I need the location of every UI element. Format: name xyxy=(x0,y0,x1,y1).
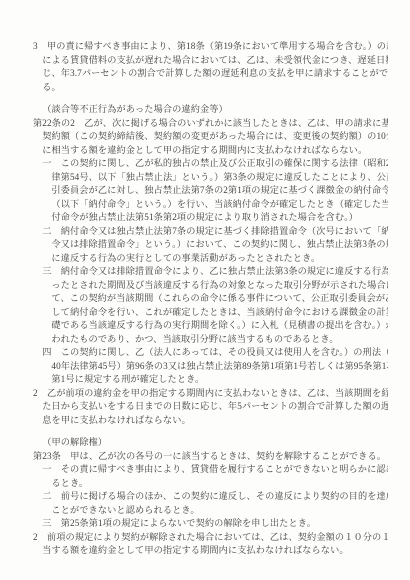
text-line: 息を甲に支払わなければならない。 xyxy=(33,414,388,428)
text-line: る。 xyxy=(33,81,388,95)
text-line: （以下「納付命令」という。）を行い、当該納付命令が確定したとき（確定した当該納 xyxy=(33,198,388,212)
text-line: 三 納付命令又は排除措置命令により、乙に独占禁止法第3条の規定に違反する行為があ xyxy=(33,265,388,279)
text-line: た日から支払いをする日までの日数に応じ、年5パーセントの割合で計算した額の遅延利 xyxy=(33,400,388,414)
text-line: 契約額（この契約締結後、契約額の変更があった場合には、変更後の契約額）の10分の… xyxy=(33,130,388,144)
text-line: して納付命令を行い、これが確定したときは、当該納付命令における課徴金の計算の基 xyxy=(33,306,388,320)
text-line: 一 この契約に関し、乙が私的独占の禁止及び公正取引の確保に関する法律（昭和22年… xyxy=(33,157,388,171)
text-line: ことができないと認められるとき。 xyxy=(33,504,388,518)
text-line: 3 甲の責に帰すべき事由により、第18条（第19条において準用する場合を含む。）… xyxy=(33,40,388,54)
section-heading: （談合等不正行為があった場合の違約金等） xyxy=(33,103,388,117)
document-body: 3 甲の責に帰すべき事由により、第18条（第19条において準用する場合を含む。）… xyxy=(33,40,388,558)
section-heading: （甲の解除権） xyxy=(33,436,388,450)
text-line: による賃貸借料の支払が遅れた場合においては、乙は、未受領代金につき、遅延日数に応 xyxy=(33,54,388,68)
text-line: われたものであり、かつ、当該取引分野に該当するものであるとき。 xyxy=(33,333,388,347)
text-line: ったとされた期間及び当該違反する行為の対象となった取引分野が示された場合におい xyxy=(33,279,388,293)
text-line: 第23条 甲は、乙が次の各号の一に該当するときは、契約を解除することができる。 xyxy=(33,450,388,464)
text-line: に違反する行為の実行としての事業活動があったとされたとき。 xyxy=(33,252,388,266)
text-line: 令又は排除措置命令」という。）において、この契約に関し、独占禁止法第3条の規定 xyxy=(33,238,388,252)
text-line: 引委員会が乙に対し、独占禁止法第7条の2第1項の規定に基づく課徴金の納付命令 xyxy=(33,184,388,198)
text-line: 四 この契約に関し、乙（法人にあっては、その役員又は使用人を含む。）の刑法（明治 xyxy=(33,346,388,360)
text-line: るとき。 xyxy=(33,477,388,491)
text-line: 一 その責に帰すべき事由により、賃貸借を履行することができないと明らかに認められ xyxy=(33,463,388,477)
document-page: 3 甲の責に帰すべき事由により、第18条（第19条において準用する場合を含む。）… xyxy=(0,0,410,580)
text-line: 当する額を違約金として甲の指定する期間内に支払わなければならない。 xyxy=(33,544,388,558)
text-line: 第22条の2 乙が、次に掲げる場合のいずれかに該当したときは、乙は、甲の請求に基… xyxy=(33,117,388,131)
text-line: 礎である当該違反する行為の実行期間を除く。）に入札（見積書の提出を含む。）が行 xyxy=(33,319,388,333)
text-line: 第1号に規定する刑が確定したとき。 xyxy=(33,373,388,387)
text-line: 40年法律第45号）第96条の3又は独占禁止法第89条第1項第1号若しくは第95… xyxy=(33,360,388,374)
text-line: て、この契約が当該期間（これらの命令に係る事件について、公正取引委員会が乙に対 xyxy=(33,292,388,306)
text-line: 律第54号、以下「独占禁止法」という。）第3条の規定に違反したことにより、公正取 xyxy=(33,171,388,185)
text-line: に相当する額を違約金として甲の指定する期間内に支払わなければならない。 xyxy=(33,144,388,158)
text-line: 2 前項の規定により契約が解除された場合においては、乙は、契約金額の１０分の１に… xyxy=(33,531,388,545)
text-line: じ、年3.7パーセントの割合で計算した額の遅延利息の支払を甲に請求することができ xyxy=(33,67,388,81)
text-line: 二 納付命令又は独占禁止法第7条の規定に基づく排除措置命令（次号において「納付命 xyxy=(33,225,388,239)
text-line: 二 前号に掲げる場合のほか、この契約に違反し、その違反により契約の目的を達成する xyxy=(33,490,388,504)
text-line: 三 第25条第1項の規定によらないで契約の解除を申し出たとき。 xyxy=(33,517,388,531)
text-line: 付命令が独占禁止法第51条第2項の規定により取り消された場合を含む。） xyxy=(33,211,388,225)
text-line: 2 乙が前項の違約金を甲の指定する期間内に支払わないときは、乙は、当該期間を経過… xyxy=(33,387,388,401)
